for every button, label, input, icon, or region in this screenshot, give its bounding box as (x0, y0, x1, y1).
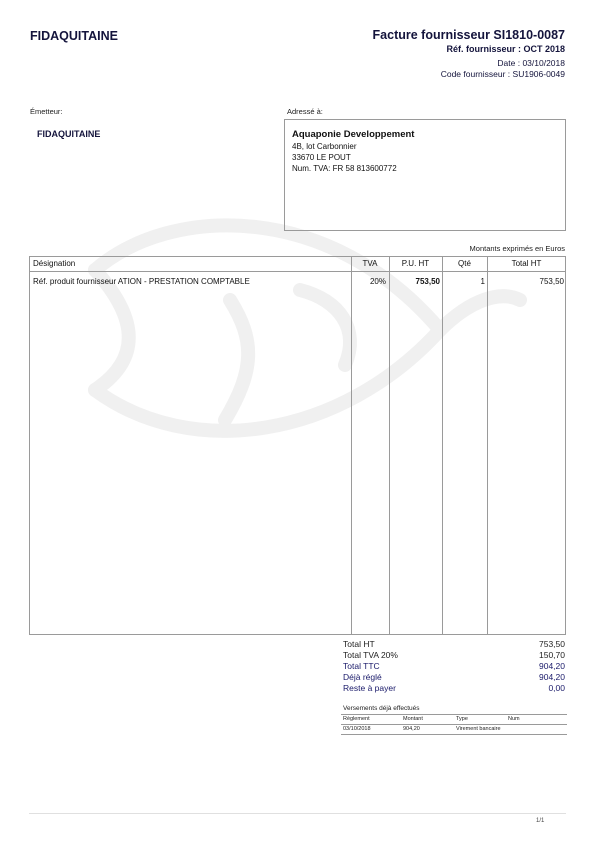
payment-date: 03/10/2018 (343, 726, 371, 732)
item-qty: 1 (442, 277, 485, 286)
total-label: Total HT (343, 639, 375, 649)
supplier-code: Code fournisseur : SU1906-0049 (441, 69, 565, 79)
payments-title: Versements déjà effectués (343, 705, 419, 712)
item-unit-price: 753,50 (389, 277, 440, 286)
total-value: 753,50 (539, 639, 565, 649)
total-value: 150,70 (539, 650, 565, 660)
supplier-reference: Réf. fournisseur : OCT 2018 (446, 44, 565, 54)
total-label: Déjà réglé (343, 672, 382, 682)
total-value: 0,00 (548, 683, 565, 693)
payments-col-amount: Montant (403, 716, 423, 722)
recipient-vat-number: Num. TVA: FR 58 813600772 (292, 164, 397, 173)
total-value: 904,20 (539, 672, 565, 682)
payments-col-date: Règlement (343, 716, 370, 722)
payments-col-type: Type (456, 716, 468, 722)
sender-label: Émetteur: (30, 107, 63, 116)
column-header-total-ht: Total HT (487, 259, 566, 268)
items-table: Désignation TVA P.U. HT Qté Total HT Réf… (29, 256, 566, 635)
column-header-tva: TVA (351, 259, 389, 268)
recipient-address-line: 4B, lot Carbonnier (292, 142, 356, 151)
remaining-row: Reste à payer 0,00 (343, 683, 565, 695)
sender-name: FIDAQUITAINE (37, 129, 100, 139)
page-number: 1/1 (536, 818, 544, 824)
payment-amount: 904,20 (403, 726, 420, 732)
column-header-qty: Qté (442, 259, 487, 268)
total-value: 904,20 (539, 661, 565, 671)
total-label: Reste à payer (343, 683, 396, 693)
recipient-label: Adressé à: (287, 107, 323, 116)
footer-divider (29, 813, 566, 814)
item-total-ht: 753,50 (487, 277, 564, 286)
invoice-title: Facture fournisseur SI1810-0087 (373, 28, 565, 42)
recipient-address-box: Aquaponie Developpement 4B, lot Carbonni… (284, 119, 566, 231)
payments-col-num: Num (508, 716, 520, 722)
column-header-unit-price: P.U. HT (389, 259, 442, 268)
recipient-address-line: 33670 LE POUT (292, 153, 351, 162)
item-tva: 20% (351, 277, 386, 286)
table-row: 03/10/2018 904,20 Virement bancaire (341, 725, 567, 734)
company-name: FIDAQUITAINE (30, 29, 118, 43)
currency-note: Montants exprimés en Euros (470, 244, 565, 253)
invoice-date: Date : 03/10/2018 (497, 58, 565, 68)
column-header-designation: Désignation (33, 259, 75, 268)
recipient-name: Aquaponie Developpement (292, 129, 414, 140)
payment-type: Virement bancaire (456, 726, 501, 732)
payments-header: Règlement Montant Type Num (341, 715, 567, 725)
total-label: Total TVA 20% (343, 650, 398, 660)
item-designation: Réf. produit fournisseur ATION - PRESTAT… (33, 277, 250, 286)
payments-table: Règlement Montant Type Num 03/10/2018 90… (341, 714, 567, 735)
total-label: Total TTC (343, 661, 380, 671)
